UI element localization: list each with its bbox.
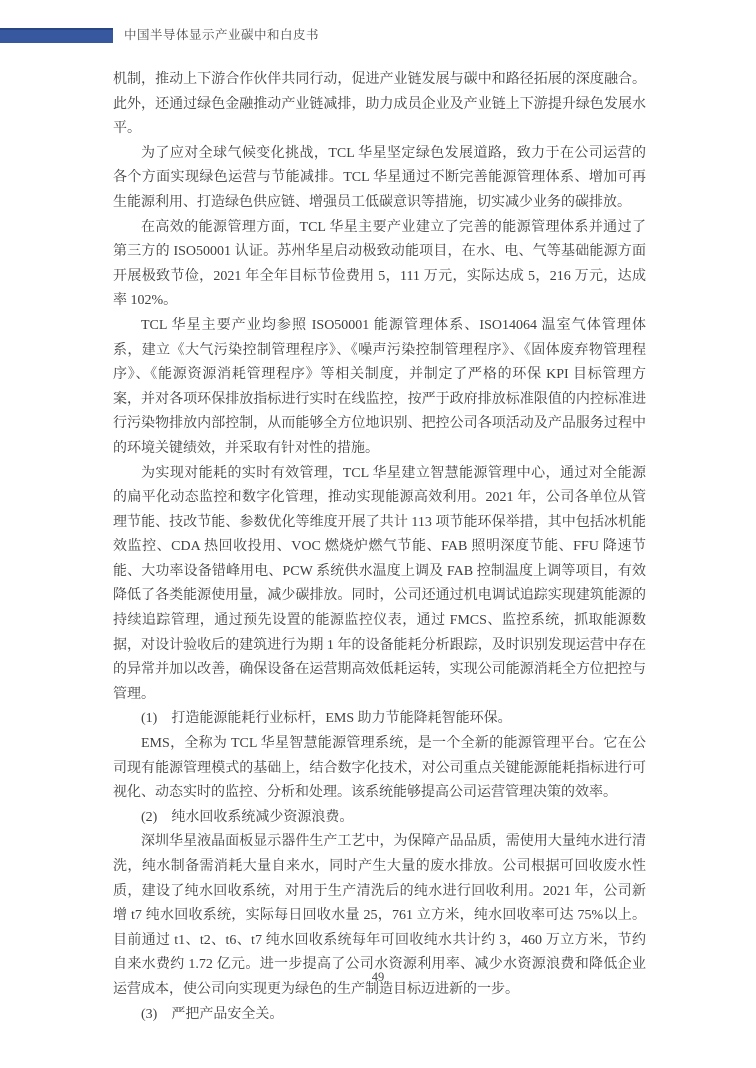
- document-page: 中国半导体显示产业碳中和白皮书 机制，推动上下游合作伙伴共同行动，促进产业链发展…: [0, 0, 756, 1068]
- list-item-1: (1) 打造能源能耗行业标杆，EMS 助力节能降耗智能环保。: [113, 707, 646, 732]
- list-item-3: (3) 严把产品安全关。: [113, 1003, 646, 1028]
- page-number: 49: [0, 970, 756, 985]
- list-item-2: (2) 纯水回收系统减少资源浪费。: [113, 806, 646, 831]
- paragraph: 为了应对全球气候变化挑战，TCL 华星坚定绿色发展道路，致力于在公司运营的各个方…: [113, 142, 646, 216]
- paragraph: 在高效的能源管理方面，TCL 华星主要产业建立了完善的能源管理体系并通过了第三方…: [113, 216, 646, 314]
- paragraph: TCL 华星主要产业均参照 ISO50001 能源管理体系、ISO14064 温…: [113, 314, 646, 462]
- header-accent-bar: [0, 28, 113, 43]
- paragraph-continuation: 机制，推动上下游合作伙伴共同行动，促进产业链发展与碳中和路径拓展的深度融合。此外…: [113, 68, 646, 142]
- paragraph: EMS，全称为 TCL 华星智慧能源管理系统，是一个全新的能源管理平台。它在公司…: [113, 732, 646, 806]
- paragraph: 为实现对能耗的实时有效管理，TCL 华星建立智慧能源管理中心，通过对全能源的扁平…: [113, 462, 646, 708]
- document-body: 机制，推动上下游合作伙伴共同行动，促进产业链发展与碳中和路径拓展的深度融合。此外…: [113, 68, 646, 1027]
- header-title: 中国半导体显示产业碳中和白皮书: [124, 27, 319, 43]
